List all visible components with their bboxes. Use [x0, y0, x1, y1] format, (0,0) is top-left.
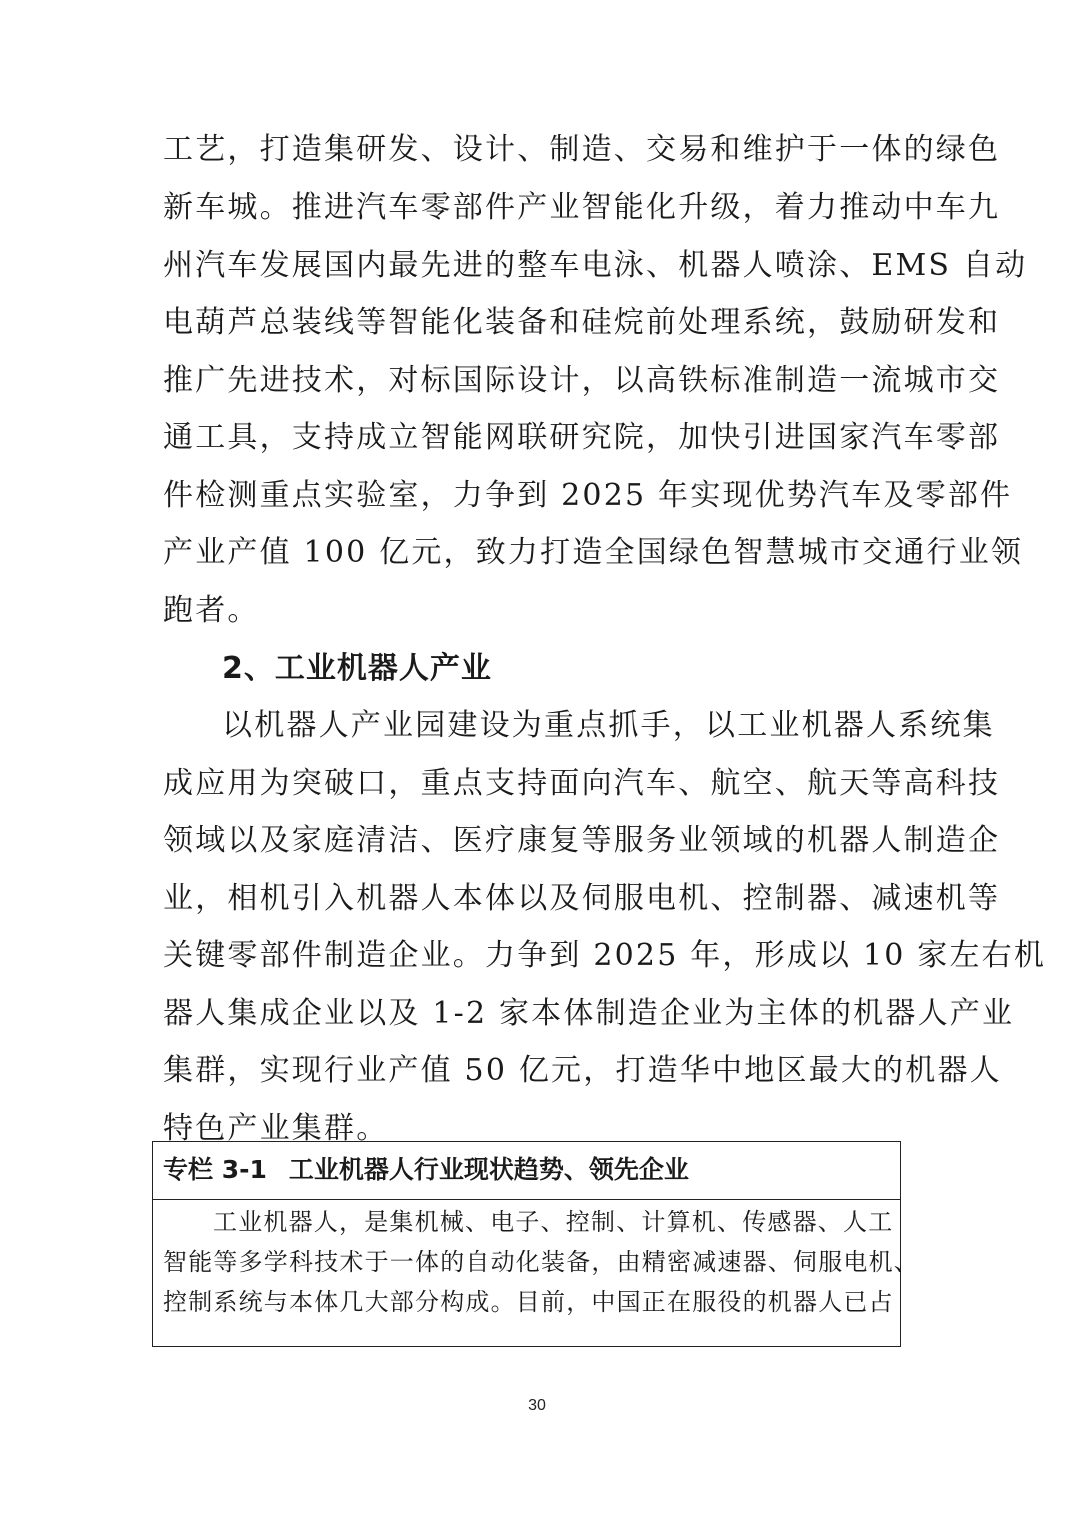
column-box-line: 智能等多学科技术于一体的自动化装备，由精密减速器、伺服电机、 [163, 1247, 891, 1277]
text-line: 州汽车发展国内最先进的整车电泳、机器人喷涂、EMS 自动 [163, 248, 913, 284]
page-number: 30 [0, 1397, 1074, 1415]
text-line: 件检测重点实验室，力争到 2025 年实现优势汽车及零部件 [163, 478, 913, 514]
column-box-number: 专栏 3-1 [163, 1155, 267, 1184]
text-line: 集群，实现行业产值 50 亿元，打造华中地区最大的机器人 [163, 1053, 913, 1089]
column-box: 专栏 3-1工业机器人行业现状趋势、领先企业 工业机器人，是集机械、电子、控制、… [152, 1141, 901, 1347]
text-line: 以机器人产业园建设为重点抓手，以工业机器人系统集 [222, 708, 913, 744]
text-line: 推广先进技术，对标国际设计，以高铁标准制造一流城市交 [163, 363, 913, 399]
text-line: 电葫芦总装线等智能化装备和硅烷前处理系统，鼓励研发和 [163, 305, 913, 341]
column-box-line: 控制系统与本体几大部分构成。目前，中国正在服役的机器人已占 [163, 1287, 891, 1317]
text-line: 产业产值 100 亿元，致力打造全国绿色智慧城市交通行业领 [163, 535, 913, 571]
column-box-divider [153, 1199, 900, 1200]
text-line: 器人集成企业以及 1-2 家本体制造企业为主体的机器人产业 [163, 996, 913, 1032]
text-line: 关键零部件制造企业。力争到 2025 年，形成以 10 家左右机 [163, 938, 913, 974]
document-page: 工艺，打造集研发、设计、制造、交易和维护于一体的绿色 新车城。推进汽车零部件产业… [0, 0, 1074, 1520]
column-box-title: 专栏 3-1工业机器人行业现状趋势、领先企业 [163, 1154, 689, 1186]
text-line: 业，相机引入机器人本体以及伺服电机、控制器、减速机等 [163, 881, 913, 917]
text-line: 领域以及家庭清洁、医疗康复等服务业领域的机器人制造企 [163, 823, 913, 859]
text-line: 工艺，打造集研发、设计、制造、交易和维护于一体的绿色 [163, 132, 913, 168]
text-line: 成应用为突破口，重点支持面向汽车、航空、航天等高科技 [163, 766, 913, 802]
text-line: 跑者。 [163, 593, 913, 629]
column-box-line: 工业机器人，是集机械、电子、控制、计算机、传感器、人工 [213, 1207, 891, 1237]
column-box-title-text: 工业机器人行业现状趋势、领先企业 [289, 1155, 689, 1184]
text-line: 通工具，支持成立智能网联研究院，加快引进国家汽车零部 [163, 420, 913, 456]
text-line: 新车城。推进汽车零部件产业智能化升级，着力推动中车九 [163, 190, 913, 226]
section-heading: 2、工业机器人产业 [222, 651, 492, 687]
